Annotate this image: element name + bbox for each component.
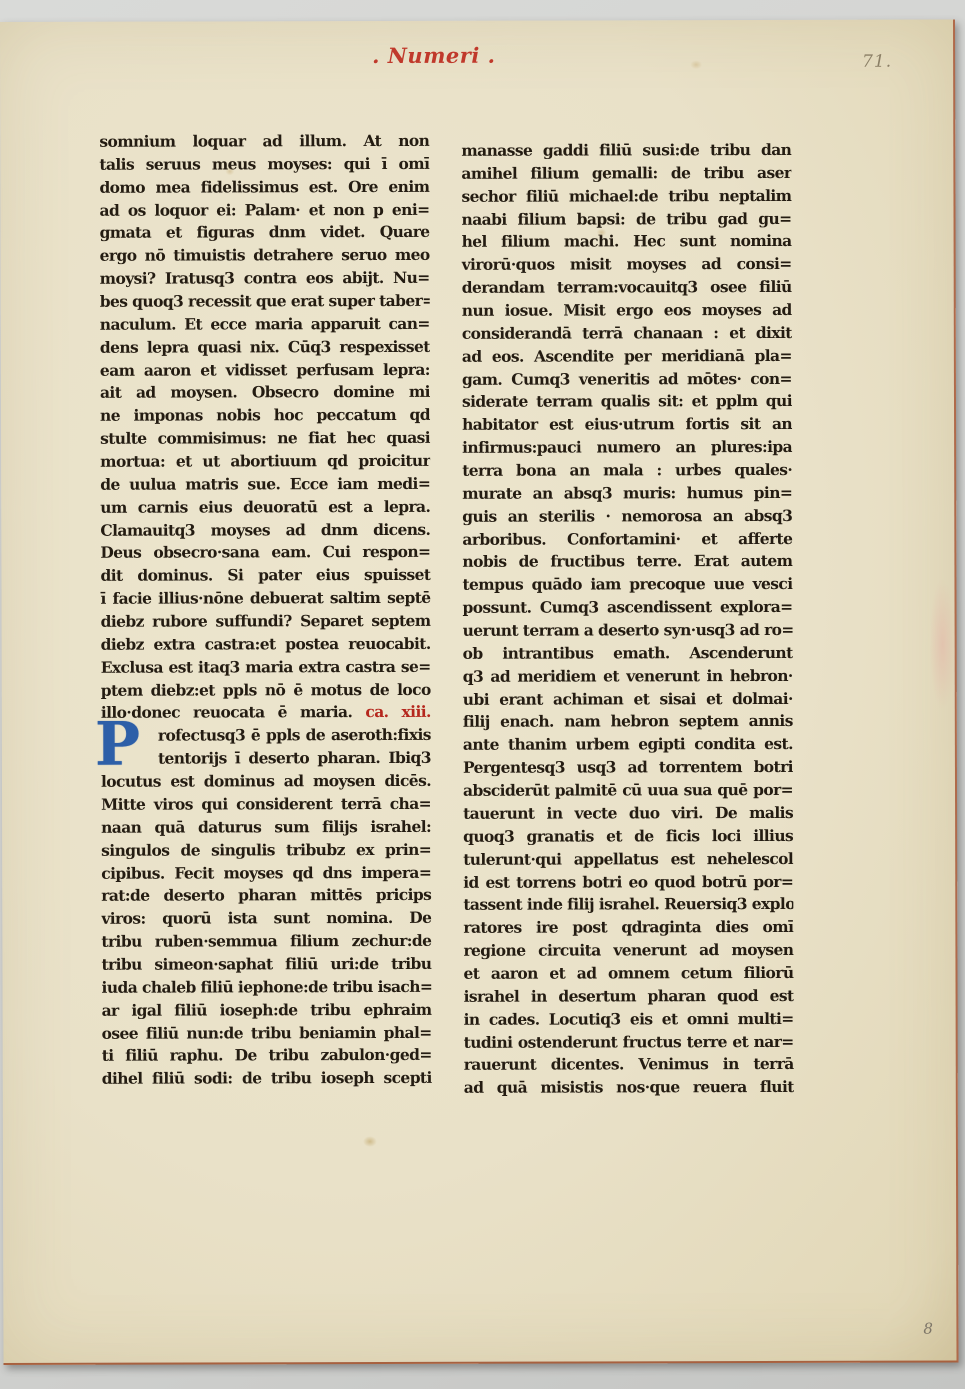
text-line: siderate terram qualis sit: et pplm qui — [462, 390, 792, 414]
text-line: sechor filiū michael:de tribu neptalim — [461, 185, 791, 209]
text-block: locutus est dominus ad moysen dicēs.Mitt… — [101, 770, 432, 1091]
text-line: bes quoq3 recessit que erat super taber= — [100, 290, 430, 314]
text-line: tassent inde filij israhel. Reuersiq3 ex… — [463, 893, 793, 917]
foxing-spot — [363, 1136, 377, 1147]
folio-number: 71. — [862, 52, 892, 72]
text-line: ptem diebz:et ppls nō ē motus de loco — [101, 678, 431, 702]
text-line: gmata et figuras dnm videt. Quare — [100, 221, 430, 245]
text-line: rauerunt dicentes. Venimus in terrā — [464, 1053, 794, 1077]
text-line: cipibus. Fecit moyses qd dns impera= — [101, 861, 431, 885]
text-line: possunt. Cumq3 ascendissent explora= — [463, 596, 793, 620]
text-line: gam. Cumq3 veneritis ad mōtes· con= — [462, 368, 792, 392]
text-line: naculum. Et ecce maria apparuit can= — [100, 313, 430, 337]
text-line: locutus est dominus ad moysen dicēs. — [101, 770, 431, 794]
text-line: uerunt terram a deserto syn·usq3 ad ro= — [463, 619, 793, 643]
text-line: guis an sterilis · nemorosa an absq3 — [462, 505, 792, 529]
text-block: somnium loquar ad illum. At nontalis ser… — [99, 130, 430, 702]
text-line: iuda chaleb filiū iephone:de tribu isach… — [101, 976, 431, 1000]
chapter-marker: ca. xiii. — [365, 702, 431, 721]
text-line: arboribus. Confortamini· et afferte — [462, 528, 792, 552]
text-line: ait ad moysen. Obsecro domine mi — [100, 381, 430, 405]
text-line: naan quā daturus sum filijs israhel: — [101, 816, 431, 840]
illuminated-initial: P — [95, 719, 140, 771]
text-line-with-chapter-marker: illo·donec reuocata ē maria. ca. xiii. — [101, 701, 431, 725]
text-line: diebz extra castra:et postea reuocabit. — [101, 633, 431, 657]
sheet-number: 8 — [923, 1320, 933, 1338]
text-block: manasse gaddi filiū susi:de tribu danami… — [461, 139, 794, 1100]
text-line: et aaron et ad omnem cetum filiorū — [463, 962, 793, 986]
text-line: ī facie illius·nōne debuerat saltim sept… — [100, 587, 430, 611]
text-line: regione circuita venerunt ad moysen — [463, 939, 793, 963]
text-line: filij enach. nam hebron septem annis — [463, 710, 793, 734]
running-title: . Numeri . — [372, 43, 502, 68]
text-line: derandam terram:vocauitq3 osee filiū — [462, 276, 792, 300]
text-line: ratores ire post qdraginta dies omī — [463, 916, 793, 940]
text-line: considerandā terrā chanaan : et dixit — [462, 322, 792, 346]
text-line: tauerunt in vecte duo viri. De malis — [463, 802, 793, 826]
text-line: hel filium machi. Hec sunt nomina — [462, 230, 792, 254]
text-line: tribu ruben·semmua filium zechur:de — [101, 930, 431, 954]
text-line: rat:de deserto pharan mittēs pricips — [101, 884, 431, 908]
text-column-right: manasse gaddi filiū susi:de tribu danami… — [461, 139, 794, 1100]
text-line: Mitte viros qui considerent terrā cha= — [101, 793, 431, 817]
text-line: dihel filiū sodi: de tribu ioseph scepti — [102, 1067, 432, 1091]
text-line: tulerunt·qui appellatus est nehelescol — [463, 848, 793, 872]
text-line: moysi? Iratusq3 contra eos abijt. Nu= — [100, 267, 430, 291]
text-line: ergo nō timuistis detrahere seruo meo — [100, 244, 430, 268]
text-line: id est torrens botri eo quod botrū por= — [463, 870, 793, 894]
text-line: ad os loquor ei: Palam· et non p eni= — [99, 198, 429, 222]
text-line: de uulua matris sue. Ecce iam medi= — [100, 473, 430, 497]
text-line: dens lepra quasi nix. Cūq3 respexisset — [100, 336, 430, 360]
text-line: murate an absq3 muris: humus pin= — [462, 482, 792, 506]
manuscript-page: . Numeri . 71. somnium loquar ad illum. … — [0, 19, 959, 1364]
text-line: Clamauitq3 moyses ad dnm dicens. — [100, 518, 430, 542]
text-line: mortua: et ut abortiuum qd proicitur — [100, 450, 430, 474]
text-block-indented: rofectusq3 ē ppls de aseroth:fixistentor… — [101, 724, 431, 771]
text-line: singulos de singulis tribubz ex prin= — [101, 839, 431, 863]
text-line: osee filiū nun:de tribu beniamin phal= — [102, 1021, 432, 1045]
text-line: ne imponas nobis hoc peccatum qd — [100, 404, 430, 428]
text-line: ad eos. Ascendite per meridianā pla= — [462, 345, 792, 369]
text-line: habitator est eius·utrum fortis sit an — [462, 413, 792, 437]
text-line: virorū·quos misit moyses ad consi= — [462, 253, 792, 277]
text-line: ad quā misistis nos·que reuera fluit — [464, 1076, 794, 1100]
text-line: Deus obsecro·sana eam. Cui respon= — [100, 541, 430, 565]
text-line: Pergentesq3 usq3 ad torrentem botri — [463, 756, 793, 780]
foxing-spot — [690, 60, 702, 69]
text-line: terra bona an mala : urbes quales· — [462, 459, 792, 483]
text-line: quoq3 granatis et de ficis loci illius — [463, 825, 793, 849]
text-line: diebz rubore suffundi? Separet septem — [101, 610, 431, 634]
text-line: talis seruus meus moyses: qui ī omī — [99, 153, 429, 177]
text-line: amihel filium gemalli: de tribu aser — [461, 162, 791, 186]
text-line: nobis de fructibus terre. Erat autem — [462, 550, 792, 574]
text-line: ar igal filiū ioseph:de tribu ephraim — [102, 999, 432, 1023]
text-line: viros: quorū ista sunt nomina. De — [101, 907, 431, 931]
text-line: absciderūt palmitē cū uua sua quē por= — [463, 779, 793, 803]
text-line: ubi erant achiman et sisai et dolmai· — [463, 688, 793, 712]
text-line: tempus quādo iam precoque uue vesci — [462, 573, 792, 597]
text-line: tentorijs ī deserto pharan. Ibiq3 — [101, 747, 431, 771]
text-line: tribu simeon·saphat filiū uri:de tribu — [101, 953, 431, 977]
text-line: tudini ostenderunt fructus terre et nar= — [464, 1030, 794, 1054]
text-line: in cades. Locutiq3 eis et omni multi= — [464, 1008, 794, 1032]
text-line: dit dominus. Si pater eius spuisset — [100, 564, 430, 588]
text-line: Exclusa est itaq3 maria extra castra se= — [101, 656, 431, 680]
text-line: infirmus:pauci numero an plures:ipa — [462, 436, 792, 460]
chapter-opening: P rofectusq3 ē ppls de aseroth:fixistent… — [101, 724, 431, 771]
pigment-smudge — [929, 580, 955, 710]
text-line: nun iosue. Misit ergo eos moyses ad — [462, 299, 792, 323]
text-line: ante thanim urbem egipti condita est. — [463, 733, 793, 757]
text-line: israhel in desertum pharan quod est — [464, 985, 794, 1009]
text-line: stulte commisimus: ne fiat hec quasi — [100, 427, 430, 451]
text-line: um carnis eius deuoratū est a lepra. — [100, 496, 430, 520]
text-line: ob intrantibus emath. Ascenderunt — [463, 642, 793, 666]
text-line: somnium loquar ad illum. At non — [99, 130, 429, 154]
text-line: naabi filium bapsi: de tribu gad gu= — [461, 208, 791, 232]
text-line: rofectusq3 ē ppls de aseroth:fixis — [101, 724, 431, 748]
text-line: q3 ad meridiem et venerunt in hebron· — [463, 665, 793, 689]
text-column-left: somnium loquar ad illum. At nontalis ser… — [99, 130, 432, 1091]
text-line: ti filiū raphu. De tribu zabulon·ged= — [102, 1044, 432, 1068]
text-line: manasse gaddi filiū susi:de tribu dan — [461, 139, 791, 163]
text-line: eam aaron et vidisset perfusam lepra: — [100, 358, 430, 382]
text-line: domo mea fidelissimus est. Ore enim — [99, 176, 429, 200]
